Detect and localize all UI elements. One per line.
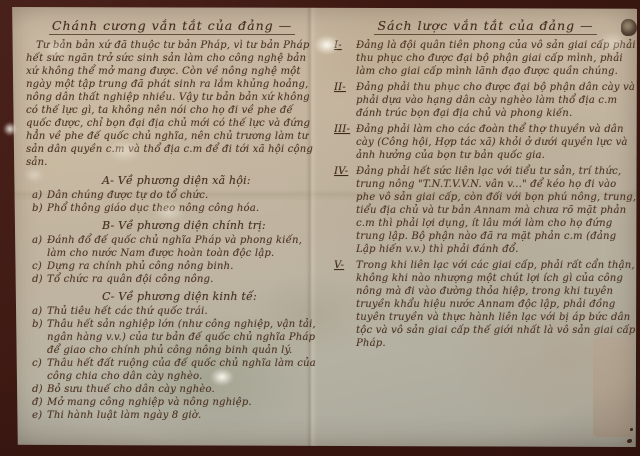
list-item: d) Bỏ sưu thuế cho dân cày nghèo. [32,383,318,396]
item-marker: b) [32,318,47,357]
ink-blot [621,19,637,36]
right-page-title: Sách lược vắn tắt của đảng — [334,19,637,32]
list-item: c) Dựng ra chính phủ công nông binh. [32,260,318,273]
item-marker: IV- [334,165,356,256]
list-item: a) Thủ tiêu hết các thứ quốc trái. [32,305,318,318]
item-text: Phổ thông giáo dục theo nông công hóa. [47,202,259,215]
paper-speck [620,451,623,454]
list-item: a) Dân chúng được tự do tổ chức. [32,189,318,202]
list-item: V- Trong khi liên lạc với các giai cấp, … [334,259,637,350]
item-text: Dựng ra chính phủ công nông binh. [47,260,234,273]
item-marker: c) [32,357,47,383]
item-marker: d) [32,383,47,396]
list-item: e) Thi hành luật làm ngày 8 giờ. [32,409,318,422]
list-item: IV- Đảng phải hết sức liên lạc với tiểu … [334,165,637,256]
item-marker: b) [32,202,47,215]
section-b-heading: B- Về phương diện chính trị: [102,219,318,232]
item-text: Thâu hết đất ruộng của đế quốc chủ nghĩa… [47,357,318,383]
left-page-title: Chánh cương vắn tắt của đảng — [26,19,318,32]
item-marker: c) [32,260,47,273]
item-marker: d) [32,273,47,286]
list-item: b) Phổ thông giáo dục theo nông công hóa… [32,202,318,215]
item-text: Thi hành luật làm ngày 8 giờ. [47,409,201,422]
item-marker: a) [32,234,47,260]
item-text: Đảng phải hết sức liên lạc với tiểu tư s… [356,165,637,256]
section-c-heading: C- Về phương diện kinh tế: [102,290,318,303]
item-marker: V- [334,259,356,350]
left-page: Chánh cương vắn tắt của đảng — Tư bản bả… [26,19,318,422]
item-text: Bỏ sưu thuế cho dân cày nghèo. [47,383,215,396]
item-text: Đánh đổ đế quốc chủ nghĩa Pháp và phong … [47,234,318,260]
list-item: b) Thâu hết sản nghiệp lớn (như công ngh… [32,318,318,357]
right-page: Sách lược vắn tắt của đảng — I- Đảng là … [334,19,637,353]
item-text: Đảng phải làm cho các đoàn thể thợ thuyề… [356,123,637,162]
item-text: Đảng phải thu phục cho được đại bộ phận … [356,81,637,120]
item-text: Tổ chức ra quân đội công nông. [47,273,214,286]
item-marker: II- [334,81,356,120]
document-paper: Chánh cương vắn tắt của đảng — Tư bản bả… [9,7,637,447]
item-text: Thâu hết sản nghiệp lớn (như công nghiệp… [47,318,318,357]
item-text: Đảng là đội quân tiên phong của vô sản g… [356,39,637,78]
section-a-heading: A- Về phương diện xã hội: [102,174,318,187]
item-text: Trong khi liên lạc với các giai cấp, phả… [356,259,637,350]
item-text: Dân chúng được tự do tổ chức. [47,189,208,202]
framed-document-photo: Chánh cương vắn tắt của đảng — Tư bản bả… [0,0,640,456]
list-item: III- Đảng phải làm cho các đoàn thể thợ … [334,123,637,162]
item-marker: I- [334,39,356,78]
paper-stain [593,337,633,437]
left-page-intro: Tư bản bản xứ đã thuộc tư bản Pháp, vì t… [26,39,318,169]
item-marker: đ) [32,396,47,409]
item-marker: III- [334,123,356,162]
item-text: Mở mang công nghiệp và nông nghiệp. [47,396,252,409]
list-item: d) Tổ chức ra quân đội công nông. [32,273,318,286]
list-item: c) Thâu hết đất ruộng của đế quốc chủ ng… [32,357,318,383]
paper-speck [636,447,640,452]
paper-speck [627,439,632,443]
list-item: đ) Mở mang công nghiệp và nông nghiệp. [32,396,318,409]
list-item: I- Đảng là đội quân tiên phong của vô sả… [334,39,637,78]
list-item: a) Đánh đổ đế quốc chủ nghĩa Pháp và pho… [32,234,318,260]
list-item: II- Đảng phải thu phục cho được đại bộ p… [334,81,637,120]
item-text: Thủ tiêu hết các thứ quốc trái. [47,305,208,318]
item-marker: a) [32,189,47,202]
item-marker: a) [32,305,47,318]
item-marker: e) [32,409,47,422]
